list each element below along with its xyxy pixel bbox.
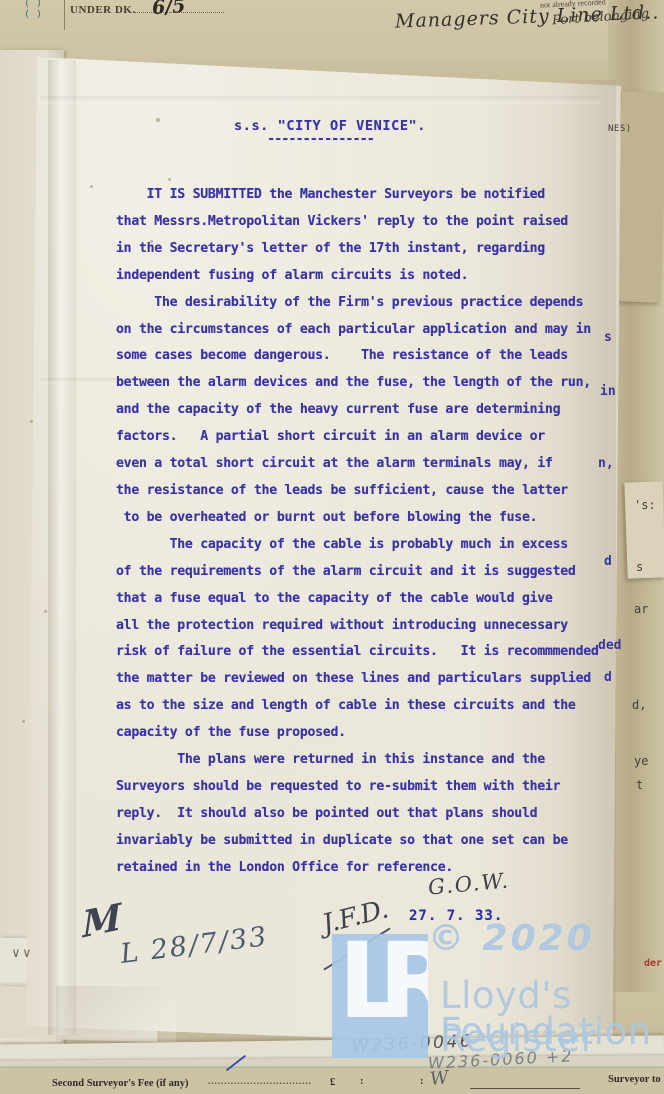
edge-fragment: in — [600, 384, 616, 399]
paper-speck — [168, 178, 171, 181]
handwritten-under-dk-value: 6/5 — [151, 0, 186, 19]
edge-fragment: t — [636, 778, 643, 792]
letter-body: IT IS SUBMITTED the Manchester Surveyors… — [116, 182, 621, 882]
paper-speck — [30, 420, 33, 423]
paragraph: The capacity of the cable is probably mu… — [116, 532, 621, 747]
page-crease — [40, 96, 600, 104]
handwritten-monogram: M — [82, 896, 122, 947]
torn-paper-piece — [624, 481, 664, 578]
form-rule-line — [64, 0, 65, 30]
paper-speck — [44, 610, 47, 613]
paragraph: The plans were returned in this instance… — [116, 747, 621, 882]
registry-corner-marks: ( ) ( ) — [24, 0, 42, 20]
torn-paper-piece — [614, 91, 664, 302]
watermark-org-name: Foundation — [440, 1010, 652, 1053]
form-rule-line — [470, 1088, 580, 1089]
edge-fragment: ye — [634, 754, 648, 768]
form-fee-label: Second Surveyor's Fee (if any) — [52, 1078, 189, 1089]
form-currency-symbol: £ — [330, 1077, 335, 1088]
red-print-fragment: der. — [644, 958, 664, 969]
paragraph: The desirability of the Firm's previous … — [116, 290, 621, 532]
edge-fragment: d — [604, 554, 612, 569]
edge-fragment: d — [604, 670, 612, 685]
edge-fragment: ar — [634, 602, 648, 616]
edge-fragment: s — [636, 560, 643, 574]
check-marks: ∨∨ — [12, 946, 34, 961]
form-colon: : — [420, 1076, 424, 1087]
page-crease — [48, 60, 76, 1035]
paragraph: IT IS SUBMITTED the Manchester Surveyors… — [116, 182, 621, 290]
paper-speck — [22, 720, 25, 723]
title-underline: --------------- — [267, 131, 374, 147]
edge-fragment: d, — [632, 698, 646, 712]
paper-speck — [156, 118, 160, 122]
edge-fragment-nes: NES) — [608, 124, 632, 134]
copyright-watermark: © 2020 — [428, 918, 595, 959]
form-surveyor-label: Surveyor to — [608, 1074, 664, 1085]
edge-fragment: s — [604, 330, 612, 345]
page-fold — [56, 986, 176, 1042]
lr-logo-letters: LR — [338, 934, 428, 1042]
form-colon: : — [360, 1076, 364, 1087]
form-under-dk-label: UNDER DK. — [70, 4, 136, 16]
edge-fragment: n, — [598, 456, 614, 471]
paper-speck — [90, 185, 93, 188]
edge-fragment: ded — [598, 638, 621, 653]
pencil-w-mark: W — [429, 1067, 450, 1090]
lloyds-register-logo: LR — [332, 934, 428, 1058]
edge-fragment: 's: — [634, 498, 656, 512]
form-dotted-leader: ................................ — [208, 1076, 312, 1086]
